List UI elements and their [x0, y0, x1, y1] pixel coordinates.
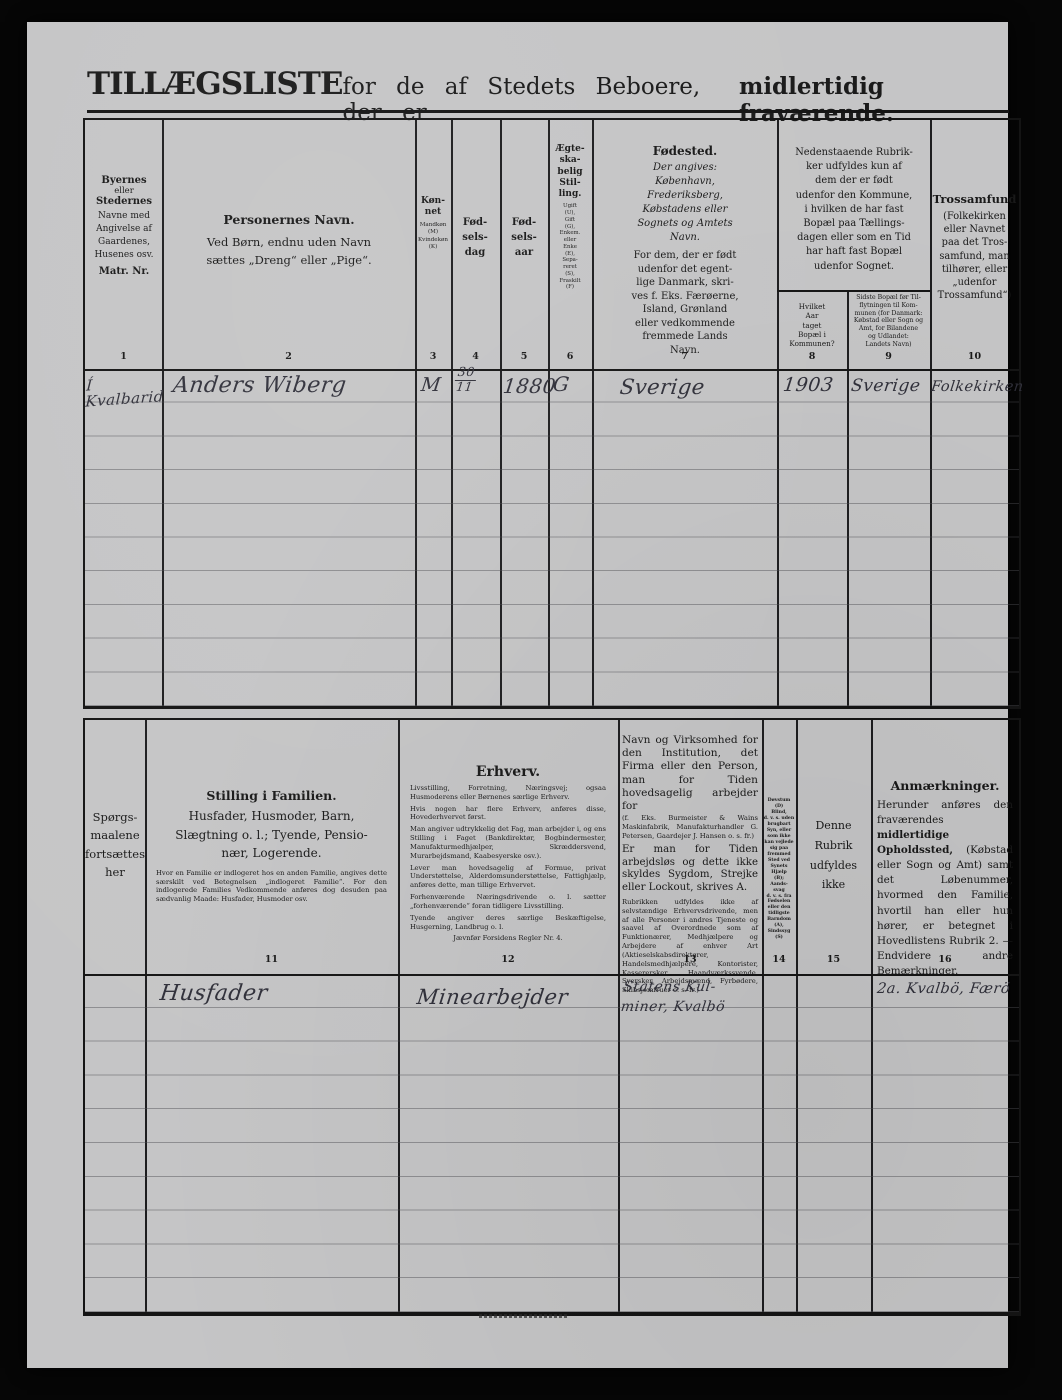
document-paper: TILLÆGSLISTE for de af Stedets Beboere, …	[27, 22, 1008, 1368]
col-number: 14	[762, 954, 796, 965]
entry-occupation: Minearbejder	[416, 986, 570, 1008]
entry-birthdate: 30 11	[453, 366, 477, 393]
entry-settle-year: 1903	[782, 376, 835, 396]
col6-header: Ægte- ska- belig Stil- ling. Ugift (U), …	[549, 144, 591, 291]
table-absent-persons: Byernes eller Stedernes Navne med Angive…	[83, 118, 1021, 709]
col-number: 3	[415, 351, 451, 362]
table-body-ruled-area	[85, 369, 1019, 706]
col10-header: Trossamfund (Folkekirken eller Navnet pa…	[932, 192, 1017, 303]
col5-header: Fød- sels- aar	[501, 215, 547, 260]
col8-subheader: Hvilket Aar taget Bopæl i Kommunen?	[779, 302, 845, 349]
col2-header: Personernes Navn. Ved Børn, endnu uden N…	[165, 212, 413, 270]
entry-birthyear: 1880	[502, 376, 557, 397]
entry-name: Anders Wiberg	[172, 374, 348, 397]
col15-header: Denne Rubrik udfyldes ikke	[797, 816, 870, 895]
col-number: 4	[451, 351, 500, 362]
col12-header: Erhverv. Livsstilling, Forretning, Nærin…	[403, 764, 613, 946]
col8-9-shared-header: Nedenstaaende Rubrik- ker udfyldes kun a…	[781, 146, 927, 274]
col-number: 15	[796, 954, 871, 965]
col-number: 2	[162, 351, 415, 362]
col-number: 10	[930, 351, 1019, 362]
col4-header: Fød- sels- dag	[452, 215, 498, 260]
col-number: 13	[618, 954, 762, 965]
col14-header: Døvstum (D) Blind, d. v. s. uden brugbar…	[763, 798, 795, 941]
col-number: 12	[398, 954, 618, 965]
col3-header: Køn- net Mandkøn (M) Kvindekøn (K)	[416, 196, 450, 252]
col-number: 7	[592, 351, 777, 362]
col-number: 16	[871, 954, 1019, 965]
entry-birthplace: Sverige	[619, 376, 707, 398]
col-number: 6	[548, 351, 592, 362]
col-number: 1	[85, 351, 162, 362]
col-number: 8	[777, 351, 847, 362]
col16-header: Anmærkninger. Herunder anføres den fravæ…	[877, 778, 1013, 979]
col11-header: Stilling i Familien. Husfader, Husmoder,…	[149, 788, 394, 907]
col7-header: Fødested. Der angives: København, Freder…	[595, 144, 775, 357]
entry-place: Í Kvalbarid	[85, 373, 163, 410]
col-number: 11	[145, 954, 398, 965]
table-continued-questions: Spørgs- maalene fortsættes her Stilling …	[83, 718, 1021, 1316]
grid-line	[777, 290, 930, 292]
col1-header: Byernes eller Stedernes Navne med Angive…	[87, 175, 161, 277]
table-body-ruled-area	[85, 974, 1019, 1312]
scanned-census-page: { "title": { "word1": "TILLÆGSLISTE", "w…	[0, 0, 1062, 1400]
entry-employer: Statens Kul- miner, Kvalbö	[620, 978, 765, 1017]
title-rule	[87, 110, 1009, 113]
entry-sex: M	[420, 376, 442, 396]
entry-last-residence: Sverige	[850, 378, 922, 396]
col9-subheader: Sidste Bopæl før Til- flytningen til Kom…	[849, 294, 928, 348]
entry-marital: G	[552, 374, 571, 395]
entry-faith: Folkekirken	[930, 380, 1024, 395]
entry-family-position: Husfader	[159, 982, 269, 1005]
col-number: 9	[847, 351, 930, 362]
printer-imprint	[479, 1314, 569, 1318]
title-main: TILLÆGSLISTE	[87, 66, 342, 102]
col-number: 5	[500, 351, 548, 362]
entry-remark: 2a. Kvalbö, Færö	[876, 982, 1011, 997]
side-label: Spørgs- maalene fortsættes her	[85, 808, 145, 882]
